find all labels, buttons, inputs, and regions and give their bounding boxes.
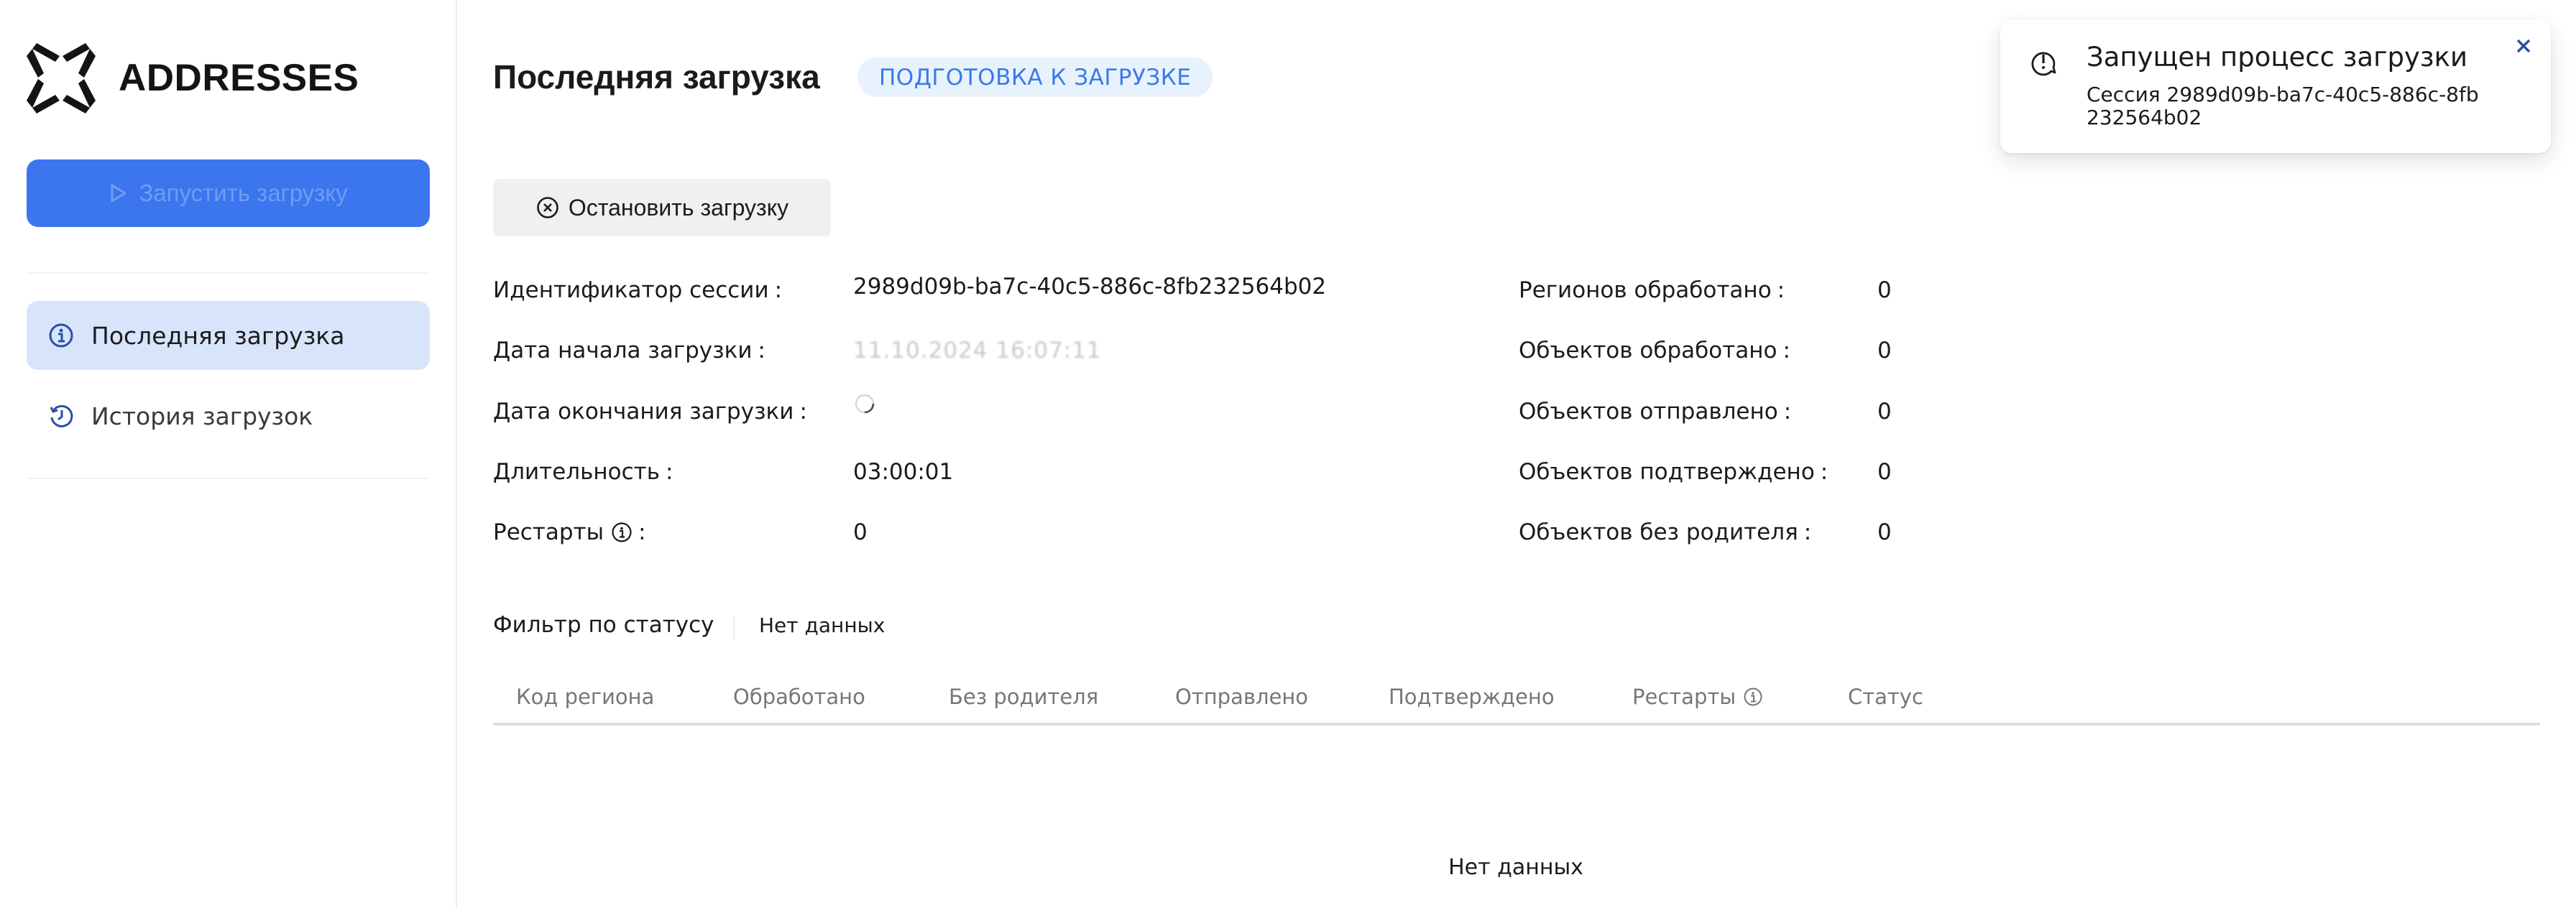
detail-regions-processed-label: Регионов обработано: (1519, 274, 1785, 306)
column-header-status[interactable]: Статус (1848, 681, 1923, 713)
detail-objects-confirmed-label: Объектов подтверждено: (1519, 456, 1828, 488)
info-circle-icon[interactable] (1743, 687, 1763, 707)
loading-spinner-icon (854, 393, 875, 414)
sidebar-divider (27, 272, 430, 274)
detail-objects-processed-value: 0 (1877, 335, 1892, 366)
detail-objects-sent-value: 0 (1877, 396, 1892, 427)
sidebar-divider (27, 478, 430, 479)
stop-upload-label: Остановить загрузку (569, 195, 788, 221)
column-header-sent[interactable]: Отправлено (1175, 681, 1308, 713)
column-header-region-code[interactable]: Код региона (516, 681, 654, 713)
detail-regions-processed-value: 0 (1877, 274, 1892, 306)
logo-icon (27, 43, 96, 114)
history-icon (48, 403, 74, 429)
logo-text: ADDRESSES (119, 56, 359, 100)
column-header-processed[interactable]: Обработано (733, 681, 865, 713)
sidebar-item-label: История загрузок (91, 402, 313, 430)
regions-table-header: Код региона Обработано Без родителя Отпр… (493, 681, 2540, 726)
detail-end-date-value (854, 388, 875, 420)
sidebar: ADDRESSES Запустить загрузку Последняя з… (0, 0, 457, 908)
stop-upload-button[interactable]: Остановить загрузку (493, 179, 831, 236)
start-upload-label: Запустить загрузку (139, 180, 347, 207)
detail-restarts-label: Рестарты : (493, 516, 646, 548)
filter-separator (733, 616, 735, 639)
status-badge: ПОДГОТОВКА К ЗАГРУЗКЕ (857, 57, 1213, 97)
play-icon (109, 182, 129, 204)
logo[interactable]: ADDRESSES (27, 43, 96, 114)
info-circle-icon[interactable] (611, 522, 632, 543)
toast-message: Сессия 2989d09b-ba7c-40c5-886c-8fb232564… (2087, 83, 2489, 129)
toast-notification: Запущен процесс загрузки Сессия 2989d09b… (2000, 20, 2551, 153)
sidebar-item-label: Последняя загрузка (91, 322, 344, 350)
sidebar-item-last-upload[interactable]: Последняя загрузка (27, 301, 430, 370)
toast-title: Запущен процесс загрузки (2087, 42, 2467, 73)
sidebar-item-upload-history[interactable]: История загрузок (27, 381, 430, 450)
cancel-circle-icon (535, 195, 560, 220)
detail-objects-sent-label: Объектов отправлено: (1519, 396, 1791, 427)
table-empty-state: Нет данных (1372, 855, 1660, 880)
detail-objects-processed-label: Объектов обработано: (1519, 335, 1790, 366)
detail-restarts-value: 0 (853, 516, 868, 548)
detail-orphan-objects-value: 0 (1877, 516, 1892, 548)
page-title: Последняя загрузка (493, 57, 820, 96)
column-header-confirmed[interactable]: Подтверждено (1389, 681, 1555, 713)
detail-end-date-label: Дата окончания загрузки: (493, 396, 807, 427)
status-filter-label: Фильтр по статусу (493, 612, 714, 638)
detail-session-id-label: Идентификатор сессии: (493, 274, 782, 306)
status-filter-select[interactable]: Нет данных (759, 613, 885, 637)
start-upload-button[interactable]: Запустить загрузку (27, 159, 430, 227)
info-circle-icon (48, 323, 74, 348)
alert-bubble-icon (2029, 47, 2058, 76)
detail-session-id-value: 2989d09b-ba7c-40c5-886c-8fb232564b02 (853, 271, 1326, 302)
close-icon[interactable] (2512, 34, 2535, 57)
detail-start-date-value: 11.10.2024 16:07:11 (853, 335, 1102, 366)
detail-objects-confirmed-value: 0 (1877, 456, 1892, 488)
column-header-no-parent[interactable]: Без родителя (949, 681, 1098, 713)
detail-start-date-label: Дата начала загрузки: (493, 335, 765, 366)
column-header-restarts[interactable]: Рестарты (1632, 681, 1763, 713)
detail-duration-label: Длительность: (493, 456, 673, 488)
detail-orphan-objects-label: Объектов без родителя: (1519, 516, 1811, 548)
detail-duration-value: 03:00:01 (853, 456, 953, 488)
